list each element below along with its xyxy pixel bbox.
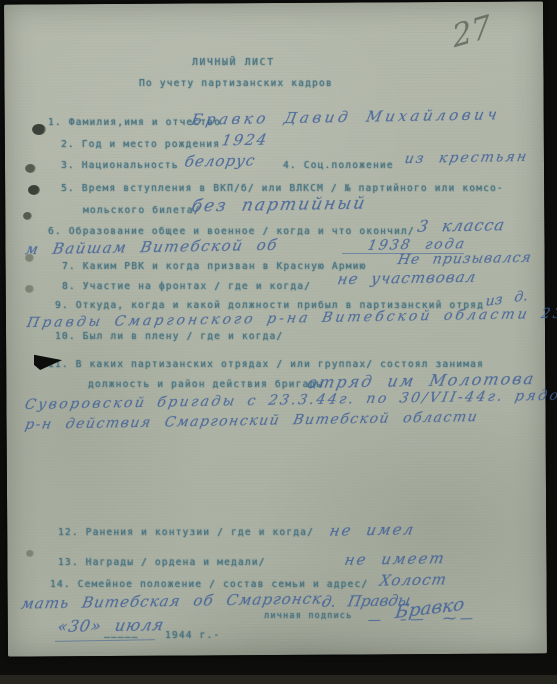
field-8-label: 8. Участие на фронтах / где и когда/ bbox=[62, 281, 311, 292]
punch-hole bbox=[25, 164, 36, 173]
field-5-value-handwritten: без партийный bbox=[190, 193, 369, 216]
punch-hole bbox=[25, 254, 34, 262]
field-11-value3-handwritten: р-н действия Смаргонский Витебской облас… bbox=[24, 409, 480, 433]
field-10-label: 10. Был ли в плену / где и когда/ bbox=[55, 331, 283, 342]
field-2-value-handwritten: 1924 bbox=[220, 131, 270, 150]
field-3-label: 3. Национальность bbox=[61, 160, 179, 171]
document-content: 27 ЛИЧНЫЙ ЛИСТ По учету партизанских кад… bbox=[0, 0, 557, 684]
field-6-value2-handwritten: м Вайшам Витебской об bbox=[24, 236, 280, 258]
punch-hole bbox=[28, 185, 40, 195]
field-14-value1-handwritten: Холост bbox=[378, 570, 449, 589]
field-5-label-line1: 5. Время вступления в ВКП/б/ или ВЛКСМ /… bbox=[61, 183, 504, 194]
punch-hole bbox=[25, 285, 34, 293]
field-13-value-handwritten: не имеет bbox=[343, 549, 447, 569]
field-7-label: 7. Каким РВК и когда призван в Красную А… bbox=[62, 261, 366, 272]
punch-hole bbox=[23, 212, 32, 220]
field-12-value-handwritten: не имел bbox=[328, 520, 417, 539]
field-3-value-handwritten: белорус bbox=[183, 151, 257, 170]
field-6-value1-handwritten: 3 класса bbox=[416, 215, 507, 236]
field-5-label-line2: мольского билета/ bbox=[83, 205, 201, 216]
field-2-label: 2. Год и место рождения bbox=[61, 139, 220, 150]
date-year: 1944 г.- bbox=[165, 630, 220, 641]
field-4-value-handwritten: из крестьян bbox=[403, 149, 530, 167]
signature-label: личная подпись bbox=[264, 611, 352, 621]
punch-hole bbox=[32, 124, 46, 135]
field-14-label: 14. Семейное положение / состав семьи и … bbox=[50, 579, 368, 590]
document-subtitle: По учету партизанских кадров bbox=[139, 78, 333, 89]
field-12-label: 12. Ранения и контузии / где и когда/ bbox=[58, 527, 314, 538]
field-11-label-line1: 11. В каких партизанских отрядах / или г… bbox=[48, 359, 484, 370]
field-1-value-handwritten: Бравко Давид Михайлович bbox=[190, 105, 502, 128]
field-11-label-line2: должность и район действия бригады bbox=[88, 379, 323, 390]
field-8-value-handwritten: не участвовал bbox=[336, 268, 478, 288]
field-4-label: 4. Соц.положение bbox=[283, 160, 394, 171]
field-14-value2-handwritten: мать Витебская об Смаргонск. bbox=[20, 589, 330, 612]
field-6-label: 6. Образование общее и военное / когда и… bbox=[48, 226, 415, 237]
field-13-label: 13. Награды / ордена и медали/ bbox=[58, 557, 266, 568]
date-dashes: ————— bbox=[104, 632, 139, 643]
page-number-pencil: 27 bbox=[450, 9, 493, 56]
document-title: ЛИЧНЫЙ ЛИСТ bbox=[192, 57, 275, 68]
punch-hole bbox=[26, 550, 34, 557]
scanned-document: 27 ЛИЧНЫЙ ЛИСТ По учету партизанских кад… bbox=[0, 0, 557, 684]
field-7-value-handwritten: Не призывался bbox=[396, 250, 533, 268]
